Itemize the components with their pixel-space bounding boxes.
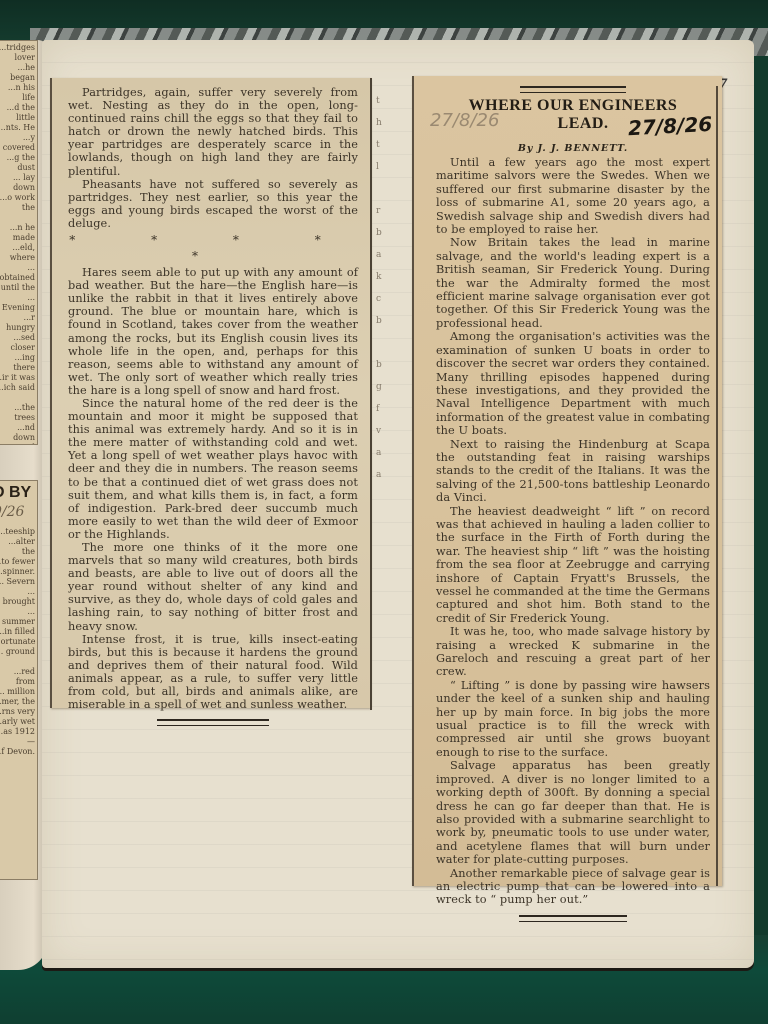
fragment-line: ...r hungry xyxy=(0,313,35,333)
fragment-line: ... ground xyxy=(0,647,35,657)
left-page-clipping-bottom-text: ...teeship...alter the...to fewer...spin… xyxy=(0,527,35,757)
fragment-line: ...eld, where xyxy=(0,243,35,263)
headline-top-rule xyxy=(520,86,626,93)
clipping-end-rule xyxy=(157,719,269,726)
fragment-line: ... a round xyxy=(0,443,35,445)
fragment-line: ...spinner. xyxy=(0,567,35,577)
article-paragraph: Until a few years ago the most expert ma… xyxy=(436,156,710,236)
fragment-line: ...rns very xyxy=(0,707,35,717)
section-separator-stars: * * * * * xyxy=(68,232,358,264)
left-page-handwritten-date: 9/26 xyxy=(0,507,35,517)
article-paragraph: Partridges, again, suffer very severely … xyxy=(68,86,358,178)
left-page-clipping-top: ...tridges lover...he began...n his life… xyxy=(0,40,38,445)
fragment-letter: a xyxy=(376,464,390,486)
fragment-letter: a xyxy=(376,442,390,464)
article-paragraph: Now Britain takes the lead in marine sal… xyxy=(436,236,710,330)
fragment-line: ... Evening xyxy=(0,293,35,313)
fragment-line: ... million xyxy=(0,687,35,697)
article-paragraph: Pheasants have not suffered so severely … xyxy=(68,178,358,230)
article-paragraph: Hares seem able to put up with any amoun… xyxy=(68,266,358,397)
headline-line-1: WHERE OUR ENGINEERS xyxy=(469,97,678,114)
clipping-where-our-engineers-lead: WHERE OUR ENGINEERS LEAD. 27/8/26 27/8/2… xyxy=(412,76,722,886)
left-facing-page: ...tridges lover...he began...n his life… xyxy=(0,40,48,970)
fragment-line: ...to fewer xyxy=(0,557,35,567)
fragment-line: ... lay down xyxy=(0,173,35,193)
byline: By J. J. BENNETT. xyxy=(436,143,710,154)
fragment-letter: k xyxy=(376,266,390,288)
fragment-letter: v xyxy=(376,420,390,442)
fragment-letter: c xyxy=(376,288,390,310)
fragment-letter: h xyxy=(376,112,390,134)
fragment-letter: b xyxy=(376,310,390,332)
article-paragraph: The heaviest deadweight “ lift ” on reco… xyxy=(436,505,710,626)
fragment-line: ...as 1912— xyxy=(0,727,35,747)
fragment-line: ... brought xyxy=(0,587,35,607)
fragment-letter xyxy=(376,178,390,200)
article-paragraph: “ Lifting ” is done by passing wire haws… xyxy=(436,679,710,759)
handwritten-date-pencil: 27/8/26 xyxy=(430,110,499,131)
article-body: Until a few years ago the most expert ma… xyxy=(436,156,710,907)
fragment-line xyxy=(0,213,35,223)
fragment-line: ... Severn xyxy=(0,577,35,587)
article-paragraph: Another remarkable piece of salvage gear… xyxy=(436,867,710,907)
left-page-clipping-top-text: ...tridges lover...he began...n his life… xyxy=(0,43,35,445)
fragment-line: ...tridges lover xyxy=(0,43,35,63)
fragment-letter: l xyxy=(376,156,390,178)
fragment-line: ...n he made xyxy=(0,223,35,243)
fragment-line: ...n his life xyxy=(0,83,35,103)
fragment-line xyxy=(0,657,35,667)
article-paragraph: Among the organisation's activities was … xyxy=(436,330,710,437)
fragment-line: ...nts. He xyxy=(0,123,35,133)
fragment-letter: f xyxy=(376,398,390,420)
fragment-line: ...teeship xyxy=(0,527,35,537)
fragment-letter xyxy=(376,332,390,354)
fragment-line: ...nd down xyxy=(0,423,35,443)
fragment-line: ...ir it was xyxy=(0,373,35,383)
fragment-letter: t xyxy=(376,134,390,156)
clipping-paragraphs-part1: Partridges, again, suffer very severely … xyxy=(68,86,358,230)
fragment-line: ...d the little xyxy=(0,103,35,123)
fragment-line: ...in filled xyxy=(0,627,35,637)
fragment-letter: b xyxy=(376,222,390,244)
fragment-line: ...until the xyxy=(0,283,35,293)
column-rule xyxy=(370,78,372,710)
fragment-line: ...arly wet xyxy=(0,717,35,727)
article-paragraph: Since the natural home of the red deer i… xyxy=(68,397,358,541)
fragment-letter: g xyxy=(376,376,390,398)
fragment-line: ...ortunate xyxy=(0,637,35,647)
fragment-line: ...y covered xyxy=(0,133,35,153)
fragment-line: ...red from xyxy=(0,667,35,687)
fragment-line: ...mer, the xyxy=(0,697,35,707)
clipping-wildlife-weather: Partridges, again, suffer very severely … xyxy=(50,78,370,708)
article-paragraph: Intense frost, it is true, kills insect-… xyxy=(68,633,358,712)
left-page-clipping-bottom: D BY 9/26 ...teeship...alter the...to fe… xyxy=(0,480,38,880)
fragment-letter: b xyxy=(376,354,390,376)
fragment-line: ...he began xyxy=(0,63,35,83)
fragment-line: ...o work the xyxy=(0,193,35,213)
fragment-line: ...sed closer xyxy=(0,333,35,353)
fragment-letter: r xyxy=(376,200,390,222)
fragment-line: ...g the dust xyxy=(0,153,35,173)
fragment-line xyxy=(0,393,35,403)
left-page-clipping-heading: D BY xyxy=(0,483,35,503)
fragment-letter: a xyxy=(376,244,390,266)
fragment-line: ...ich said xyxy=(0,383,35,393)
clipping-end-rule xyxy=(519,915,627,922)
fragment-line: ...ing there xyxy=(0,353,35,373)
fragment-line: ...alter the xyxy=(0,537,35,557)
article-paragraph: Next to raising the Hindenburg at Scapa … xyxy=(436,438,710,505)
article-paragraph: It was he, too, who made salvage history… xyxy=(436,625,710,679)
adjacent-column-fragment: thtl rbakcb bgfvaa xyxy=(376,90,390,486)
fragment-line: ...f Devon. xyxy=(0,747,35,757)
column-rule xyxy=(716,86,718,886)
fragment-line: ... obtained xyxy=(0,263,35,283)
clipping-paragraphs-part2: Hares seem able to put up with any amoun… xyxy=(68,266,358,711)
fragment-line: ...the trees xyxy=(0,403,35,423)
article-paragraph: The more one thinks of it the more one m… xyxy=(68,541,358,633)
fragment-line: ... summer xyxy=(0,607,35,627)
fragment-letter: t xyxy=(376,90,390,112)
handwritten-date-ink: 27/8/26 xyxy=(627,112,712,140)
article-paragraph: Salvage apparatus has been greatly impro… xyxy=(436,759,710,866)
scrapbook-page: 57 Partridges, again, suffer very severe… xyxy=(42,40,754,968)
